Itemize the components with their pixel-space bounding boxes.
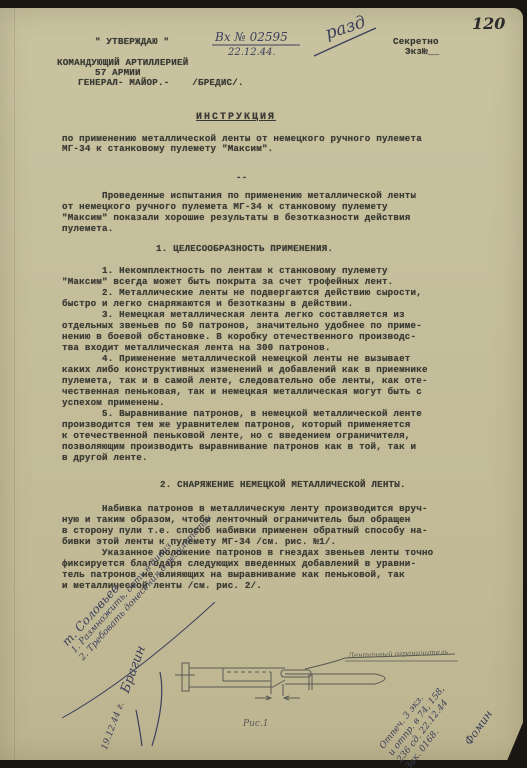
section1-line: отдельных звеньев по 50 патронов, значит…	[62, 320, 508, 331]
figure-label-underline	[345, 660, 460, 663]
signature-stroke	[130, 670, 170, 750]
section1-line: 3. Немецкая металлическая лента легко со…	[62, 309, 508, 320]
section1-line: 2. Металлические ленты не подвергаются д…	[62, 287, 508, 298]
section1-heading: 1. ЦЕЛЕСООБРАЗНОСТЬ ПРИМЕНЕНИЯ.	[156, 243, 333, 254]
incoming-number: Вх № 02595	[215, 30, 288, 44]
section2-line: бивки этой ленты к пулемету МГ-34 /см. р…	[62, 536, 508, 547]
intro-line: Проведенные испытания по применению мета…	[62, 190, 508, 201]
section1-line: "Максим" всегда может быть покрыта за сч…	[62, 276, 508, 287]
section1-line: успехом применены.	[62, 397, 508, 408]
section1-line: каких либо конструктивных изменений и до…	[62, 364, 508, 375]
approval-title: " УТВЕРЖДАЮ "	[95, 36, 169, 47]
section2-line: в сторону пули т.е. способ набивки приме…	[62, 525, 508, 536]
section1-body: 1. Некомплектность по лентам к станковом…	[62, 265, 508, 463]
intro-line: пулемета.	[62, 223, 508, 234]
page-number: 120	[472, 14, 505, 33]
separator: --	[236, 172, 247, 183]
section1-line: в другой ленте.	[62, 452, 508, 463]
section2-line: Указанное положение патронов в гнездах з…	[62, 547, 508, 558]
section1-line: тва входит металлическая лента на 300 па…	[62, 342, 508, 353]
margin-line	[14, 8, 15, 760]
intro-paragraph: Проведенные испытания по применению мета…	[62, 190, 508, 234]
section1-line: 5. Выравнивание патронов, в немецкой мет…	[62, 408, 508, 419]
section1-line: к отечественной пеньковой ленте, но с вв…	[62, 430, 508, 441]
routing-stroke	[310, 20, 380, 60]
approval-line-3: ГЕНЕРАЛ- МАЙОР.- /БРЕДИС/.	[78, 77, 244, 88]
section2-line: ную и таким образом, чтобы ленточный огр…	[62, 514, 508, 525]
intro-line: от немецкого ручного пулемета МГ-34 к ст…	[62, 201, 508, 212]
section1-line: быстро и легко снаряжаются и безотказны …	[62, 298, 508, 309]
section1-line: производится тем же уравнителем патронов…	[62, 419, 508, 430]
section1-line: чественная пеньковая, так и немецкая мет…	[62, 386, 508, 397]
section1-line: нению в боевой обстановке. В коробку оте…	[62, 331, 508, 342]
section1-line: позволяющим производить выравнивание пат…	[62, 441, 508, 452]
intro-line: "Максим" показали хорошие результаты в б…	[62, 212, 508, 223]
section2-line: Набивка патронов в металлическую ленту п…	[62, 503, 508, 514]
document-title: ИНСТРУКЦИЯ	[196, 112, 276, 123]
figure-caption: Рис.1	[243, 719, 268, 729]
section1-line: пулемета, так и в самой ленте, следовате…	[62, 375, 508, 386]
section1-line: 1. Некомплектность по лентам к станковом…	[62, 265, 508, 276]
incoming-date: 22.12.44.	[228, 47, 276, 58]
section1-line: 4. Применение металлической немецкой лен…	[62, 353, 508, 364]
classification-copy: Экз№__	[405, 46, 439, 57]
subtitle-line-2: МГ-34 к станковому пулемету "Максим".	[62, 143, 273, 154]
section2-heading: 2. СНАРЯЖЕНИЕ НЕМЕЦКОЙ МЕТАЛЛИЧЕСКОЙ ЛЕН…	[160, 479, 406, 490]
